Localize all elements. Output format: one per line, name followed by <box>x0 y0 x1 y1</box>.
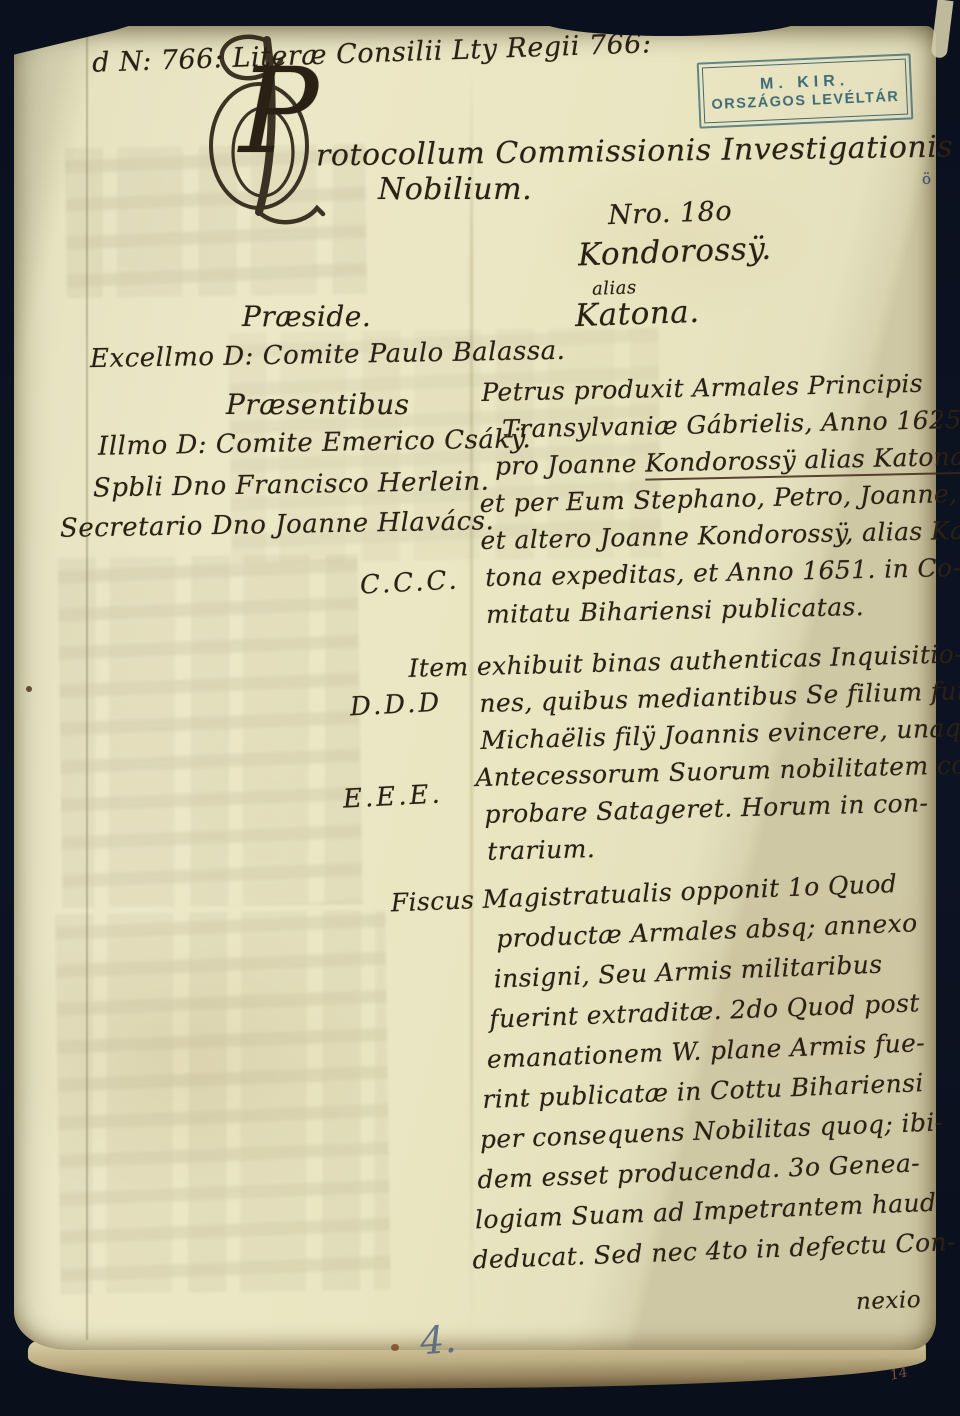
manuscript-photo: d N: 766: Literæ Consilii Lty Regii 766:… <box>0 0 960 1416</box>
pencil-page-number: 4. <box>419 1317 458 1363</box>
folio-number: 14 <box>888 1364 909 1384</box>
paper-speck <box>26 686 32 692</box>
title-line-2: Nobilium. <box>378 172 532 207</box>
adjacent-page-corner <box>931 0 954 59</box>
decorative-initial-p: P <box>203 30 343 230</box>
archival-stamp: M. KIR. ORSZÁGOS LEVÉLTÁR <box>697 53 914 128</box>
praeside-heading: Præside. <box>242 300 371 333</box>
stamp-line-2: ORSZÁGOS LEVÉLTÁR <box>711 88 899 112</box>
case-name: Kondorossÿ. <box>577 231 772 274</box>
title-initial: P <box>239 52 318 170</box>
case-alias-name: Katona. <box>574 294 700 334</box>
edge-mark: ö <box>922 170 932 188</box>
margin-mark-e: E.E.E. <box>342 779 443 814</box>
center-crease <box>470 70 473 1330</box>
praesentibus-heading: Præsentibus <box>226 388 410 421</box>
body-paragraph-2: Item exhibuit binas authenticas Inquisit… <box>478 634 960 870</box>
body-paragraph-3: Fiscus Magistratualis opponit 1o Quod pr… <box>480 862 957 1279</box>
stamp-text-box: M. KIR. ORSZÁGOS LEVÉLTÁR <box>702 59 908 124</box>
line-fragment: pro Joanne <box>495 449 646 481</box>
ink-spot <box>391 1344 399 1351</box>
catchword: nexio <box>856 1287 922 1315</box>
fold-line <box>86 34 88 1340</box>
underlined-name: Kondorossÿ alias Katona <box>645 442 960 481</box>
case-number: Nro. 18o <box>607 196 732 231</box>
margin-mark-c: C.C.C. <box>359 565 460 600</box>
margin-mark-d: D.D.D <box>349 688 443 723</box>
body-paragraph-1: Petrus produxit Armales Principis Transy… <box>481 364 960 633</box>
